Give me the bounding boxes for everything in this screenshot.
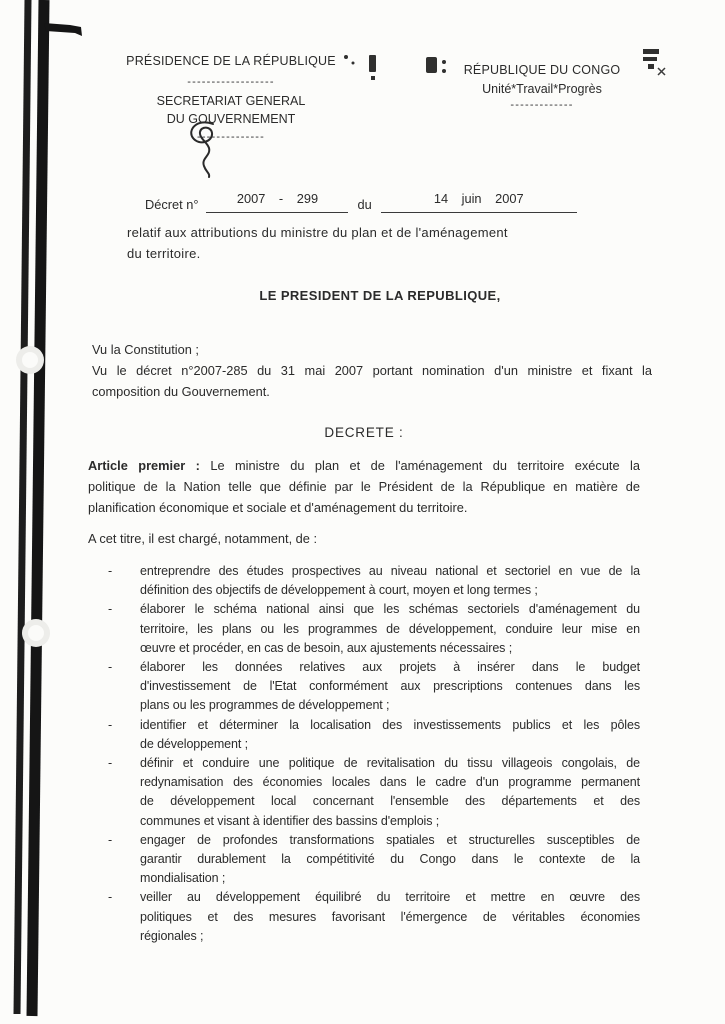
list-item: - entreprendre des études prospectives a… <box>108 562 640 600</box>
bullet-dash: - <box>108 754 140 831</box>
dashed-divider: ------------------ <box>114 77 348 87</box>
list-item: - veiller au développement équilibré du … <box>108 888 640 946</box>
duty-line: plans ou les programmes de développement… <box>140 696 640 715</box>
letterhead-right: RÉPUBLIQUE DU CONGO Unité*Travail*Progrè… <box>436 63 648 110</box>
decree-date-value: 14 juin 2007 <box>381 191 577 213</box>
duty-line: d'investissement de l'Etat conformément … <box>140 677 640 696</box>
bullet-dash: - <box>108 562 140 600</box>
list-item: - engager de profondes transformations s… <box>108 831 640 889</box>
duty-line: élaborer le schéma national ainsi que le… <box>140 600 640 619</box>
bullet-dash: - <box>108 716 140 754</box>
decree-du-label: du <box>357 197 371 213</box>
duty-line: territoire, les plans ou les programmes … <box>140 620 640 639</box>
duty-line: communes et visant à identifier des bass… <box>140 812 640 831</box>
list-item: - définir et conduire une politique de r… <box>108 754 640 831</box>
decrete-heading: DECRETE : <box>0 425 725 440</box>
charge-intro: A cet titre, il est chargé, notamment, d… <box>88 531 317 546</box>
handwritten-squiggle <box>183 118 233 180</box>
duty-line: identifier et déterminer la localisation… <box>140 716 640 735</box>
article-line: planification économique et sociale et d… <box>88 497 640 518</box>
duty-line: définir et conduire une politique de rev… <box>140 754 640 773</box>
duty-line: œuvre et procéder, en cas de besoin, aux… <box>140 639 640 658</box>
duty-line: garantir durablement la compétitivité du… <box>140 850 640 869</box>
duties-list: - entreprendre des études prospectives a… <box>108 562 640 946</box>
decree-number-label: Décret n° <box>145 197 198 213</box>
list-item: - élaborer les données relatives aux pro… <box>108 658 640 716</box>
duty-line: de développement ; <box>140 735 640 754</box>
duty-line: régionales ; <box>140 927 640 946</box>
binding-spine-artifact <box>0 0 100 1024</box>
country-title: RÉPUBLIQUE DU CONGO <box>436 63 648 77</box>
country-motto: Unité*Travail*Progrès <box>436 82 648 96</box>
duty-line: engager de profondes transformations spa… <box>140 831 640 850</box>
article-label: Article premier : <box>88 458 200 473</box>
decree-reference-line: Décret n° 2007 - 299 du 14 juin 2007 <box>145 191 577 213</box>
subject-line: relatif aux attributions du ministre du … <box>127 223 508 244</box>
duty-line: mondialisation ; <box>140 869 640 888</box>
org-title: PRÉSIDENCE DE LA RÉPUBLIQUE <box>114 54 348 68</box>
scanned-decree-page: PRÉSIDENCE DE LA RÉPUBLIQUE ------------… <box>0 0 725 1024</box>
list-item: - identifier et déterminer la localisati… <box>108 716 640 754</box>
article-premier: Article premier : Le ministre du plan et… <box>88 455 640 518</box>
duty-line: politiques et des mesures favorisant l'é… <box>140 908 640 927</box>
bullet-dash: - <box>108 888 140 946</box>
duty-line: de développement local concernant l'ense… <box>140 792 640 811</box>
bullet-dash: - <box>108 658 140 716</box>
list-item: - élaborer le schéma national ainsi que … <box>108 600 640 658</box>
decree-number-value: 2007 - 299 <box>206 191 348 213</box>
duty-line: élaborer les données relatives aux proje… <box>140 658 640 677</box>
duty-line: veiller au développement équilibré du te… <box>140 888 640 907</box>
duty-line: définition des objectifs de développemen… <box>140 581 640 600</box>
visa-clauses: Vu la Constitution ; Vu le décret n°2007… <box>92 340 652 402</box>
dashed-divider: ------------- <box>436 100 648 110</box>
salutation-heading: LE PRESIDENT DE LA REPUBLIQUE, <box>0 288 725 303</box>
duty-line: redynamisation des économies locales dan… <box>140 773 640 792</box>
duty-line: entreprendre des études prospectives au … <box>140 562 640 581</box>
subject-line: du territoire. <box>127 244 508 265</box>
org-subtitle: SECRETARIAT GENERAL <box>114 94 348 108</box>
bullet-dash: - <box>108 831 140 889</box>
punch-hole <box>16 346 44 374</box>
article-line: Article premier : Le ministre du plan et… <box>88 455 640 476</box>
visa-line: Vu la Constitution ; <box>92 340 652 361</box>
bullet-dash: - <box>108 600 140 658</box>
visa-line: composition du Gouvernement. <box>92 382 652 403</box>
article-line: politique de la Nation telle que définie… <box>88 476 640 497</box>
visa-line: Vu le décret n°2007-285 du 31 mai 2007 p… <box>92 361 652 382</box>
decree-subject: relatif aux attributions du ministre du … <box>127 223 508 264</box>
punch-hole <box>22 619 50 647</box>
